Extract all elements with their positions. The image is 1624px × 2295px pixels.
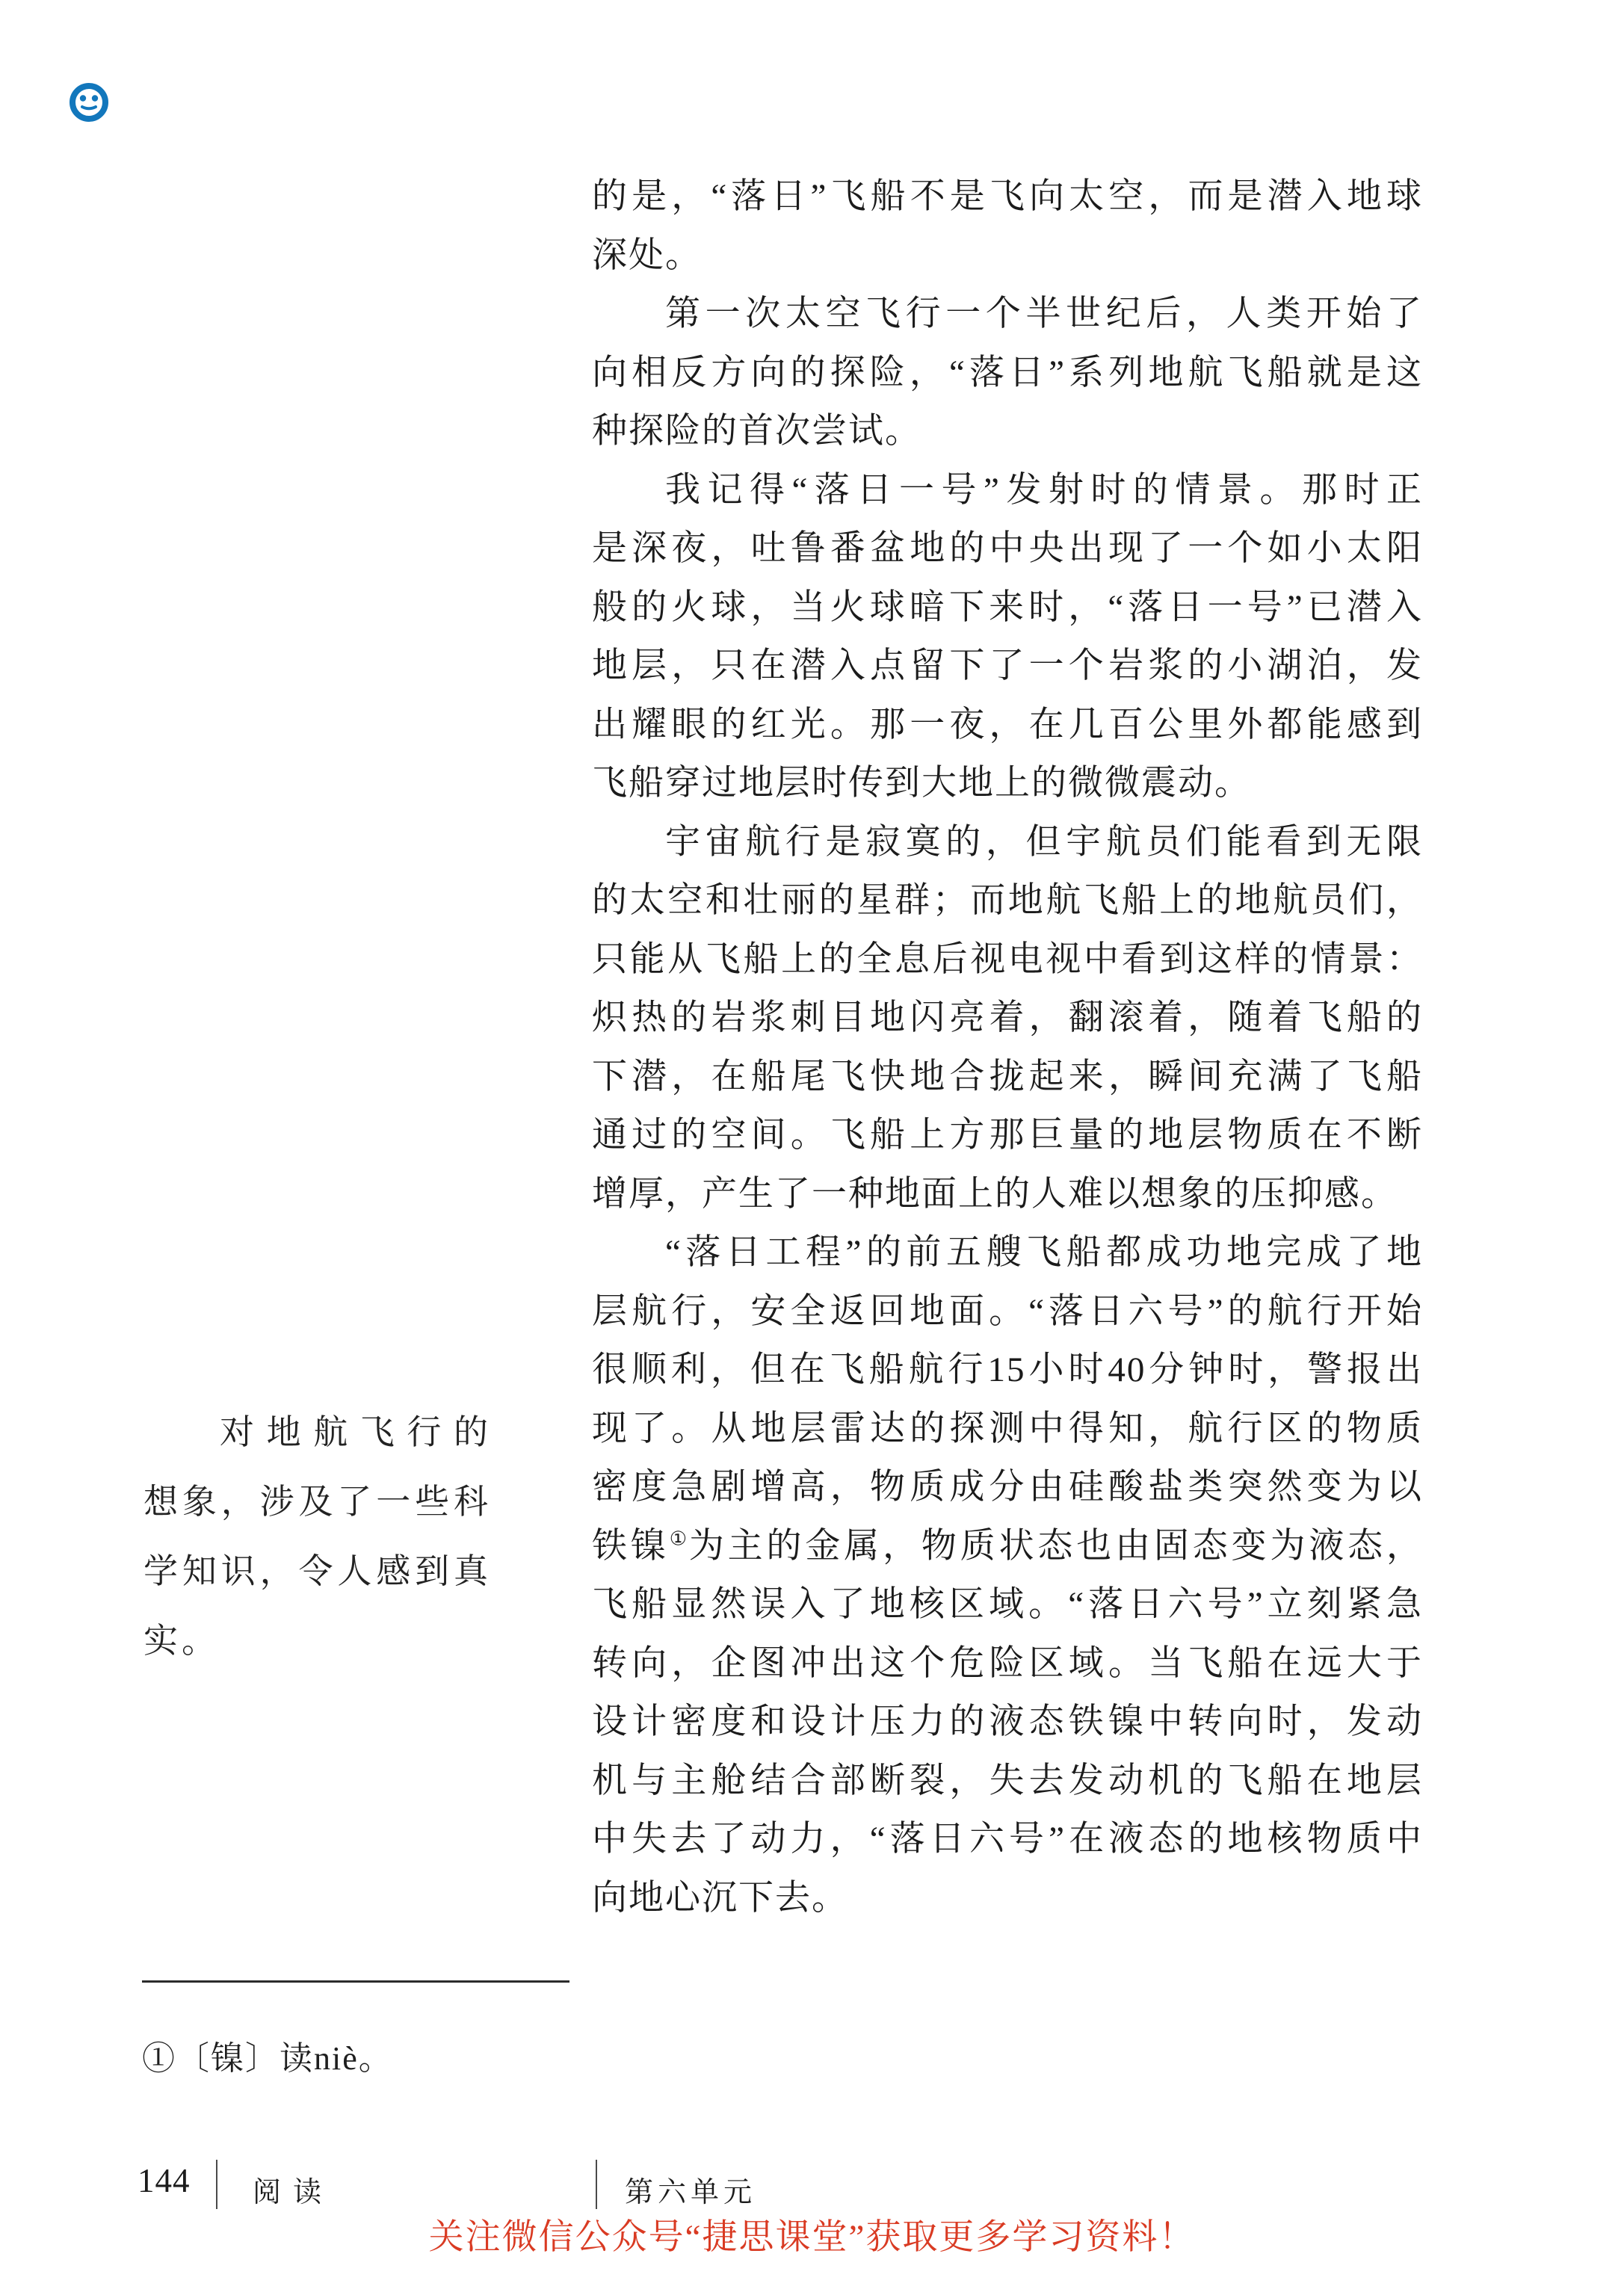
body-text-line: 地层，只在潜入点留下了一个岩浆的小湖泊，发: [592, 637, 1423, 696]
smiley-icon: [69, 82, 109, 123]
body-text-line: 我记得“落日一号”发射时的情景。那时正: [592, 461, 1423, 520]
body-text-line: 的太空和壮丽的星群；而地航飞船上的地航员们，: [592, 871, 1423, 930]
body-text-line: 炽热的岩浆刺目地闪亮着，翻滚着，随着飞船的: [592, 989, 1423, 1048]
body-text-line: 设计密度和设计压力的液态铁镍中转向时，发动: [592, 1693, 1423, 1752]
body-text-line: 种探险的首次尝试。: [592, 402, 1423, 461]
margin-note-line: 实。: [143, 1606, 492, 1675]
body-text-line: 机与主舱结合部断裂，失去发动机的飞船在地层: [592, 1752, 1423, 1811]
body-text-line: 深处。: [592, 226, 1423, 285]
body-text-line: 向相反方向的探险，“落日”系列地航飞船就是这: [592, 344, 1423, 403]
footer-section-label: 阅读: [253, 2169, 333, 2210]
body-text-line: 增厚，产生了一种地面上的人难以想象的压抑感。: [592, 1165, 1423, 1224]
footer-unit-label: 第六单元: [625, 2169, 756, 2210]
body-text-line: 通过的空间。飞船上方那巨量的地层物质在不断: [592, 1106, 1423, 1165]
footer-divider-center: [596, 2160, 597, 2209]
body-text-line: 宇宙航行是寂寞的，但宇航员们能看到无限: [592, 813, 1423, 872]
margin-note-line: 学知识，令人感到真: [143, 1536, 492, 1606]
promo-watermark-text: 关注微信公众号“捷思课堂”获取更多学习资料！: [0, 2209, 1624, 2259]
body-text-line: 密度急剧增高，物质成分由硅酸盐类突然变为以: [592, 1458, 1423, 1517]
body-text-line: 现了。从地层雷达的探测中得知，航行区的物质: [592, 1400, 1423, 1459]
body-text-line: 中失去了动力，“落日六号”在液态的地核物质中: [592, 1810, 1423, 1869]
body-text-line: 第一次太空飞行一个半世纪后，人类开始了: [592, 285, 1423, 344]
body-text-line: 的是，“落日”飞船不是飞向太空，而是潜入地球: [592, 167, 1423, 226]
body-text-line: 飞船穿过地层时传到大地上的微微震动。: [592, 754, 1423, 813]
body-text-line: 很顺利，但在飞船航行15小时40分钟时，警报出: [592, 1341, 1423, 1400]
body-text-line: “落日工程”的前五艘飞船都成功地完成了地: [592, 1223, 1423, 1282]
body-text-line: 只能从飞船上的全息后视电视中看到这样的情景：: [592, 930, 1423, 989]
textbook-page: { "colors": { "accent_blue": "#1277bc", …: [0, 0, 1624, 2295]
margin-note-line: 对地航飞行的: [143, 1397, 492, 1467]
body-text: 的是，“落日”飞船不是飞向太空，而是潜入地球深处。第一次太空飞行一个半世纪后，人…: [592, 167, 1423, 1927]
body-text-line: 是深夜，吐鲁番盆地的中央出现了一个如小太阳: [592, 519, 1423, 578]
body-text-line: 飞船显然误入了地核区域。“落日六号”立刻紧急: [592, 1575, 1423, 1634]
body-text-line: 层航行，安全返回地面。“落日六号”的航行开始: [592, 1282, 1423, 1341]
body-text-line: 出耀眼的红光。那一夜，在几百公里外都能感到: [592, 696, 1423, 755]
body-text-line: 般的火球，当火球暗下来时，“落日一号”已潜入: [592, 578, 1423, 637]
body-text-line: 转向，企图冲出这个危险区域。当飞船在远大于: [592, 1634, 1423, 1693]
footnote-ref-marker: ①: [670, 1528, 689, 1549]
body-text-line: 向地心沉下去。: [592, 1869, 1423, 1928]
footer-divider-left: [216, 2160, 217, 2209]
margin-note: 对地航飞行的想象，涉及了一些科学知识，令人感到真实。: [143, 1397, 492, 1675]
footnote-text: ①〔镍〕读niè。: [142, 2037, 393, 2081]
margin-note-line: 想象，涉及了一些科: [143, 1467, 492, 1536]
body-text-line: 铁镍①为主的金属，物质状态也由固态变为液态，: [592, 1517, 1423, 1576]
page-number: 144: [138, 2161, 191, 2200]
body-text-line: 下潜，在船尾飞快地合拢起来，瞬间充满了飞船: [592, 1048, 1423, 1107]
footnote-divider: [142, 1980, 569, 1983]
